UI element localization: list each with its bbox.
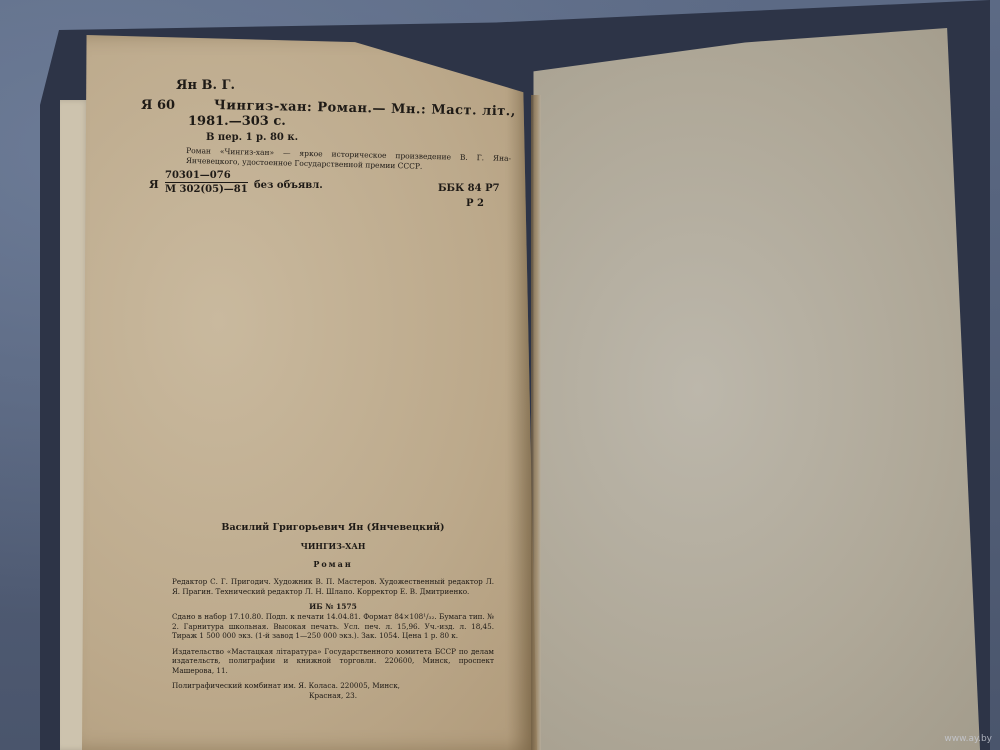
colophon-publisher: Издательство «Мастацкая літаратура» Госу… bbox=[172, 647, 494, 676]
code-denominator: М 302(05)—81 bbox=[165, 183, 248, 195]
bbk-code: ББК 84 Р7 bbox=[438, 183, 500, 194]
colophon-print-details: Сдано в набор 17.10.80. Подп. к печати 1… bbox=[172, 612, 494, 641]
catalog-year-pages: 1981.—303 с. bbox=[188, 114, 286, 129]
colophon-title: ЧИНГИЗ-ХАН bbox=[172, 541, 494, 551]
code-letter: Я bbox=[149, 178, 159, 191]
right-page-blank bbox=[510, 28, 980, 750]
catalog-author: Ян В. Г. bbox=[176, 78, 235, 93]
watermark: www.ay.by bbox=[944, 734, 992, 744]
colophon-printer-address: Красная, 23. bbox=[172, 691, 494, 701]
classification-code: 70301—076 М 302(05)—81 bbox=[165, 170, 248, 195]
code-numerator: 70301—076 bbox=[165, 170, 248, 183]
colophon-printer: Полиграфический комбинат им. Я. Коласа. … bbox=[172, 681, 494, 691]
colophon-ib-number: ИБ № 1575 bbox=[172, 602, 494, 611]
colophon-staff: Редактор С. Г. Пригодич. Художник В. П. … bbox=[172, 577, 494, 596]
catalog-index: Я 60 bbox=[141, 98, 175, 113]
colophon-genre: Роман bbox=[172, 559, 494, 569]
catalog-price: В пер. 1 р. 80 к. bbox=[206, 132, 298, 143]
colophon: Василий Григорьевич Ян (Янчевецкий) ЧИНГ… bbox=[172, 522, 494, 706]
book-gutter bbox=[531, 95, 541, 750]
code-note: без объявл. bbox=[254, 180, 323, 191]
colophon-author: Василий Григорьевич Ян (Янчевецкий) bbox=[172, 522, 494, 533]
bbk-subcode: Р 2 bbox=[466, 198, 484, 209]
